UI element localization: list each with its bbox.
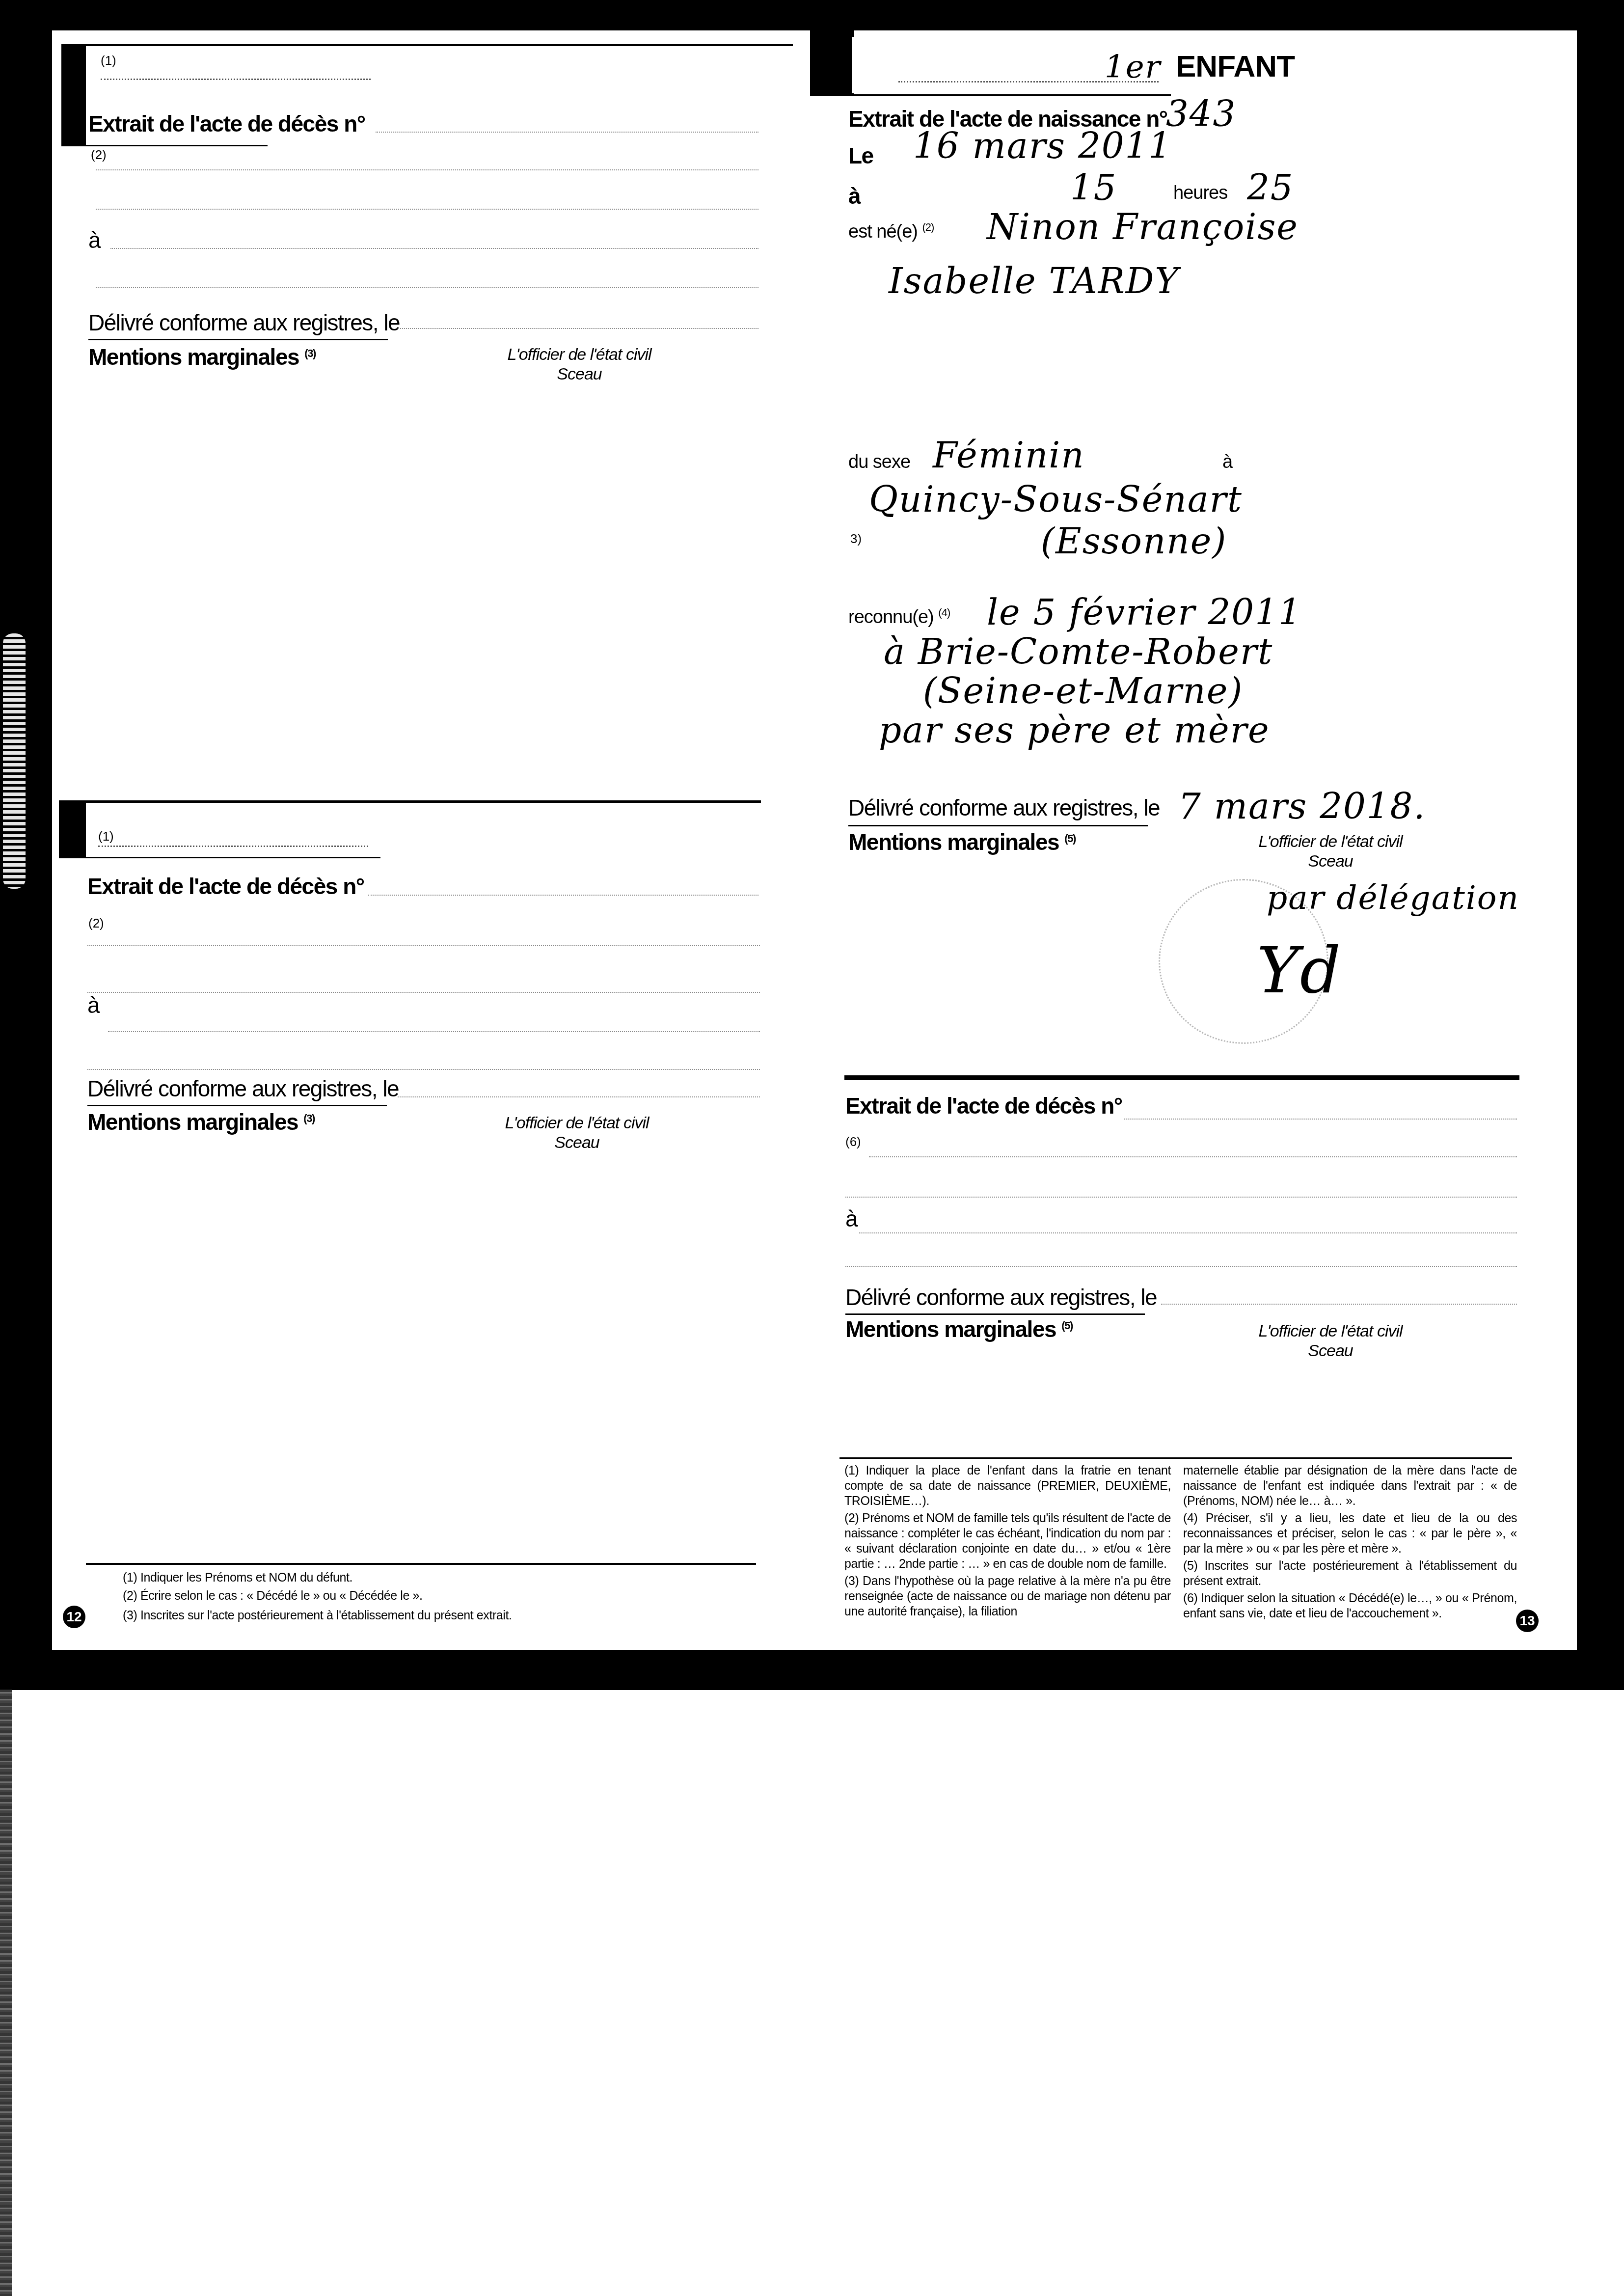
death-place-field-2[interactable] (96, 287, 758, 288)
child-given-names[interactable]: Ninon Françoise (987, 206, 1299, 247)
note-ref: (1) (101, 53, 116, 68)
footnote-2: (2) Prénoms et NOM de famille tels qu'il… (844, 1511, 1171, 1572)
tab-edge (852, 37, 854, 93)
officer-label: L'officier de l'état civil (454, 1114, 700, 1133)
footnote-2: (2) Écrire selon le cas : « Décédé le » … (123, 1588, 422, 1604)
birth-date-value[interactable]: 16 mars 2011 (913, 125, 1172, 166)
delivered-underline (88, 339, 388, 340)
death-date-field-2[interactable] (845, 1197, 1517, 1198)
scan-border-right (1577, 0, 1624, 1689)
hours-label: heures (1173, 183, 1227, 204)
death-number-field[interactable] (1124, 1119, 1517, 1120)
footnote-3: (3) Dans l'hypothèse où la page relative… (844, 1574, 1171, 1619)
recognition-date[interactable]: le 5 février 2011 (987, 592, 1302, 633)
marginal-mentions-ref: (5) (1064, 832, 1075, 845)
delivered-label: Délivré conforme aux registres, le (848, 794, 1160, 821)
section-top-rule (61, 44, 793, 46)
born-label-text: est né(e) (848, 221, 918, 242)
recognized-label-text: reconnu(e) (848, 607, 934, 628)
marginal-mentions-ref: (3) (303, 1112, 314, 1124)
recognition-by[interactable]: par ses père et mère (879, 710, 1270, 751)
child-title: ENFANT (1176, 49, 1295, 84)
death-date-field[interactable] (87, 945, 760, 946)
seal-label: Sceau (1227, 852, 1434, 871)
death-date-field-2[interactable] (96, 209, 758, 210)
section-top-rule (844, 1075, 1519, 1080)
seal-label: Sceau (457, 365, 702, 384)
officer-label: L'officier de l'état civil (457, 345, 702, 364)
recognized-label-ref: (4) (938, 606, 950, 619)
death-extract-title: Extrait de l'acte de décès n° (87, 873, 364, 900)
delivered-label: Délivré conforme aux registres, le (845, 1284, 1157, 1311)
sex-value[interactable]: Féminin (933, 435, 1085, 476)
section-top-rule (59, 800, 761, 803)
death-number-field[interactable] (376, 132, 758, 133)
page-number-badge: 12 (63, 1606, 85, 1628)
footnote-rule (839, 1457, 1512, 1459)
marginal-mentions-label: Mentions marginales (3) (87, 1109, 315, 1135)
sex-label: du sexe (848, 452, 910, 473)
place-label: à (88, 227, 100, 253)
scan-edge-noise (0, 1689, 12, 2296)
delivered-label: Délivré conforme aux registres, le (88, 309, 400, 336)
marginal-mentions-ref: (5) (1061, 1319, 1072, 1332)
line-ref: (6) (845, 1134, 861, 1149)
death-place-field[interactable] (859, 1232, 1517, 1233)
footnote-3-cont: maternelle établie par désignation de la… (1183, 1463, 1517, 1509)
line-ref: (2) (88, 916, 104, 931)
death-date-field[interactable] (869, 1156, 1517, 1157)
left-page (52, 30, 805, 1650)
born-label-ref: (2) (922, 221, 934, 233)
birth-minute-value[interactable]: 25 (1247, 167, 1294, 208)
birth-place-ref: 3) (850, 531, 862, 547)
delivered-underline (848, 825, 1148, 826)
deceased-name-field[interactable] (98, 846, 368, 847)
birth-number-value[interactable]: 343 (1166, 93, 1236, 135)
footnote-rule (86, 1563, 756, 1565)
birth-hour-value[interactable]: 15 (1070, 167, 1117, 208)
marginal-mentions-label: Mentions marginales (3) (88, 344, 316, 370)
birth-place-city[interactable]: Quincy-Sous-Sénart (869, 479, 1243, 520)
page-number-badge: 13 (1516, 1610, 1539, 1632)
footnote-1: (1) Indiquer la place de l'enfant dans l… (844, 1463, 1171, 1509)
death-place-field-2[interactable] (845, 1266, 1517, 1267)
death-place-field-2[interactable] (87, 1069, 760, 1070)
footnote-4: (4) Préciser, s'il y a lieu, les date et… (1183, 1511, 1517, 1557)
death-extract-title: Extrait de l'acte de décès n° (88, 110, 365, 137)
death-number-field[interactable] (368, 895, 758, 896)
child-full-name[interactable]: Isabelle TARDY (889, 260, 1179, 301)
delivered-date-field[interactable] (1161, 1304, 1517, 1305)
marginal-mentions-text: Mentions marginales (87, 1109, 298, 1135)
death-extract-title: Extrait de l'acte de décès n° (845, 1093, 1122, 1119)
birth-date-label: Le (848, 142, 873, 169)
book-binding (3, 633, 26, 889)
death-place-field[interactable] (108, 1031, 760, 1032)
line-ref: (2) (91, 147, 107, 163)
marginal-mentions-text: Mentions marginales (848, 829, 1059, 855)
footnote-5: (5) Inscrites sur l'acte postérieurement… (1183, 1558, 1517, 1589)
footnote-3: (3) Inscrites sur l'acte postérieurement… (123, 1608, 512, 1623)
scan-border-bottom (0, 1650, 1624, 1690)
born-label: est né(e) (2) (848, 221, 934, 243)
birth-time-label: à (848, 183, 860, 209)
section-tab-rule (59, 857, 380, 858)
delivered-date-value[interactable]: 7 mars 2018. (1178, 786, 1426, 827)
delivered-date-field[interactable] (398, 1096, 760, 1097)
delivered-label: Délivré conforme aux registres, le (87, 1075, 399, 1102)
recognition-department[interactable]: (Seine-et-Marne) (923, 670, 1243, 711)
place-label: à (87, 992, 99, 1018)
officer-signature: Yd (1257, 933, 1342, 1008)
death-date-field[interactable] (96, 169, 758, 170)
section-tab-rule (61, 145, 268, 146)
delivered-underline (845, 1313, 1145, 1315)
footnote-1: (1) Indiquer les Prénoms et NOM du défun… (123, 1570, 352, 1585)
note-ref: (1) (98, 829, 114, 844)
deceased-name-field[interactable] (101, 79, 371, 80)
marginal-mentions-label: Mentions marginales (5) (848, 829, 1076, 855)
delivered-date-field[interactable] (398, 328, 758, 329)
death-date-field-2[interactable] (87, 992, 760, 993)
death-place-field[interactable] (110, 248, 758, 249)
footnote-6: (6) Indiquer selon la situation « Décédé… (1183, 1591, 1517, 1621)
seal-label: Sceau (454, 1133, 700, 1152)
officer-label: L'officier de l'état civil (1227, 832, 1434, 851)
signature-delegation: par délégation (1267, 879, 1519, 917)
place-label: à (845, 1205, 857, 1232)
section-tab-marker (59, 800, 86, 857)
child-rank-handwritten: 1er (1105, 49, 1161, 85)
delivered-underline (87, 1105, 387, 1106)
section-tab-marker (61, 44, 86, 145)
header-rule (810, 94, 1171, 96)
birth-place-department[interactable]: (Essonne) (1041, 520, 1227, 562)
marginal-mentions-text: Mentions marginales (88, 344, 299, 370)
marginal-mentions-ref: (3) (304, 347, 315, 359)
recognition-place[interactable]: à Brie-Comte-Robert (884, 631, 1273, 672)
officer-label: L'officier de l'état civil (1227, 1322, 1434, 1341)
footnotes-column-1: (1) Indiquer la place de l'enfant dans l… (844, 1463, 1171, 1619)
seal-label: Sceau (1227, 1341, 1434, 1361)
scan-border-top (0, 0, 1624, 30)
marginal-mentions-label: Mentions marginales (5) (845, 1316, 1073, 1342)
birth-place-label: à (1222, 452, 1232, 473)
section-tab-marker (810, 30, 854, 94)
recognized-label: reconnu(e) (4) (848, 606, 950, 628)
marginal-mentions-text: Mentions marginales (845, 1316, 1056, 1342)
footnotes-column-2: maternelle établie par désignation de la… (1183, 1463, 1517, 1621)
